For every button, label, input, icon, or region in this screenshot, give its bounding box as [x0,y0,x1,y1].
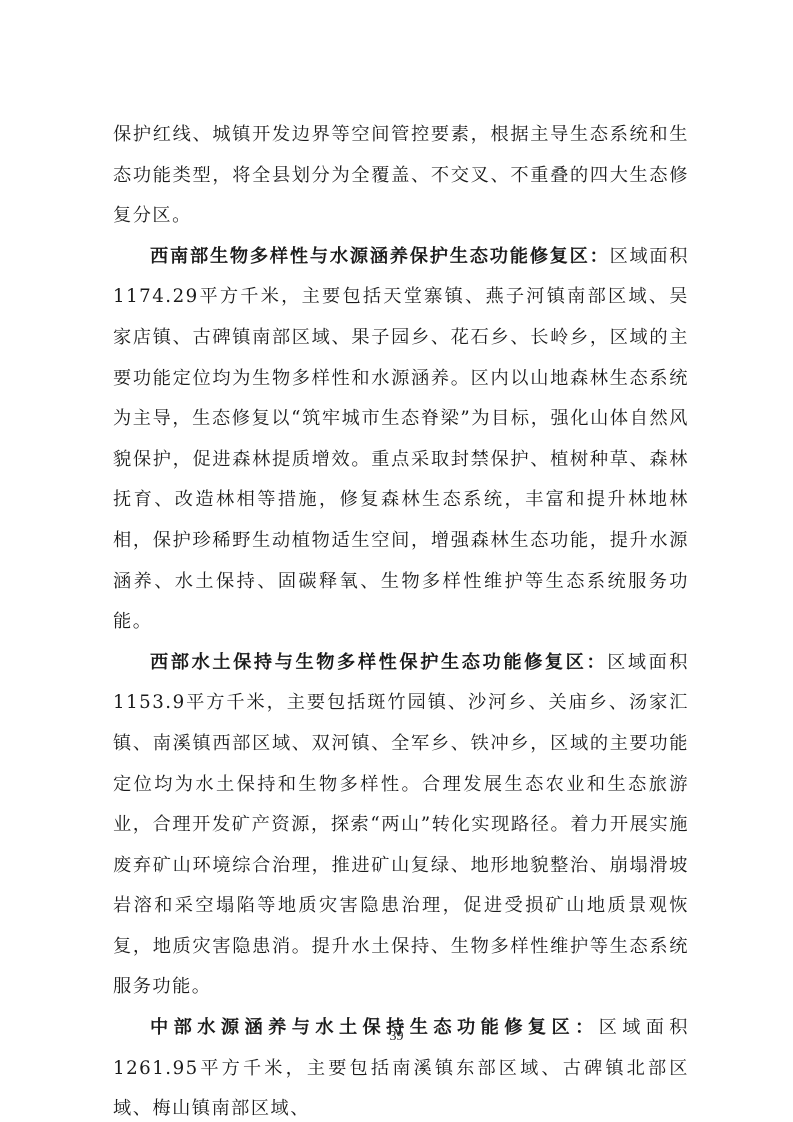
paragraph-text: 保护红线、城镇开发边界等空间管控要素，根据主导生态系统和生态功能类型，将全县划分… [113,124,689,226]
paragraph-southwest-zone: 西南部生物多样性与水源涵养保护生态功能修复区：区域面积1174.29平方千米，主… [113,237,689,643]
paragraph-west-zone: 西部水土保持与生物多样性保护生态功能修复区：区域面积1153.9平方千米，主要包… [113,643,689,1008]
zone-heading: 西南部生物多样性与水源涵养保护生态功能修复区： [150,246,610,267]
paragraph-central-zone: 中部水源涵养与水土保持生态功能修复区：区域面积1261.95平方千米，主要包括南… [113,1008,689,1122]
paragraph-intro-continuation: 保护红线、城镇开发边界等空间管控要素，根据主导生态系统和生态功能类型，将全县划分… [113,115,689,237]
zone-heading: 西部水土保持与生物多样性保护生态功能修复区： [150,652,607,673]
paragraph-text: 区域面积1174.29平方千米，主要包括天堂寨镇、燕子河镇南部区域、吴家店镇、古… [113,246,689,632]
document-page: 保护红线、城镇开发边界等空间管控要素，根据主导生态系统和生态功能类型，将全县划分… [113,115,689,1122]
paragraph-text: 区域面积1153.9平方千米，主要包括斑竹园镇、沙河乡、关庙乡、汤家汇镇、南溪镇… [113,652,689,998]
page-number: 39 [0,1029,793,1045]
